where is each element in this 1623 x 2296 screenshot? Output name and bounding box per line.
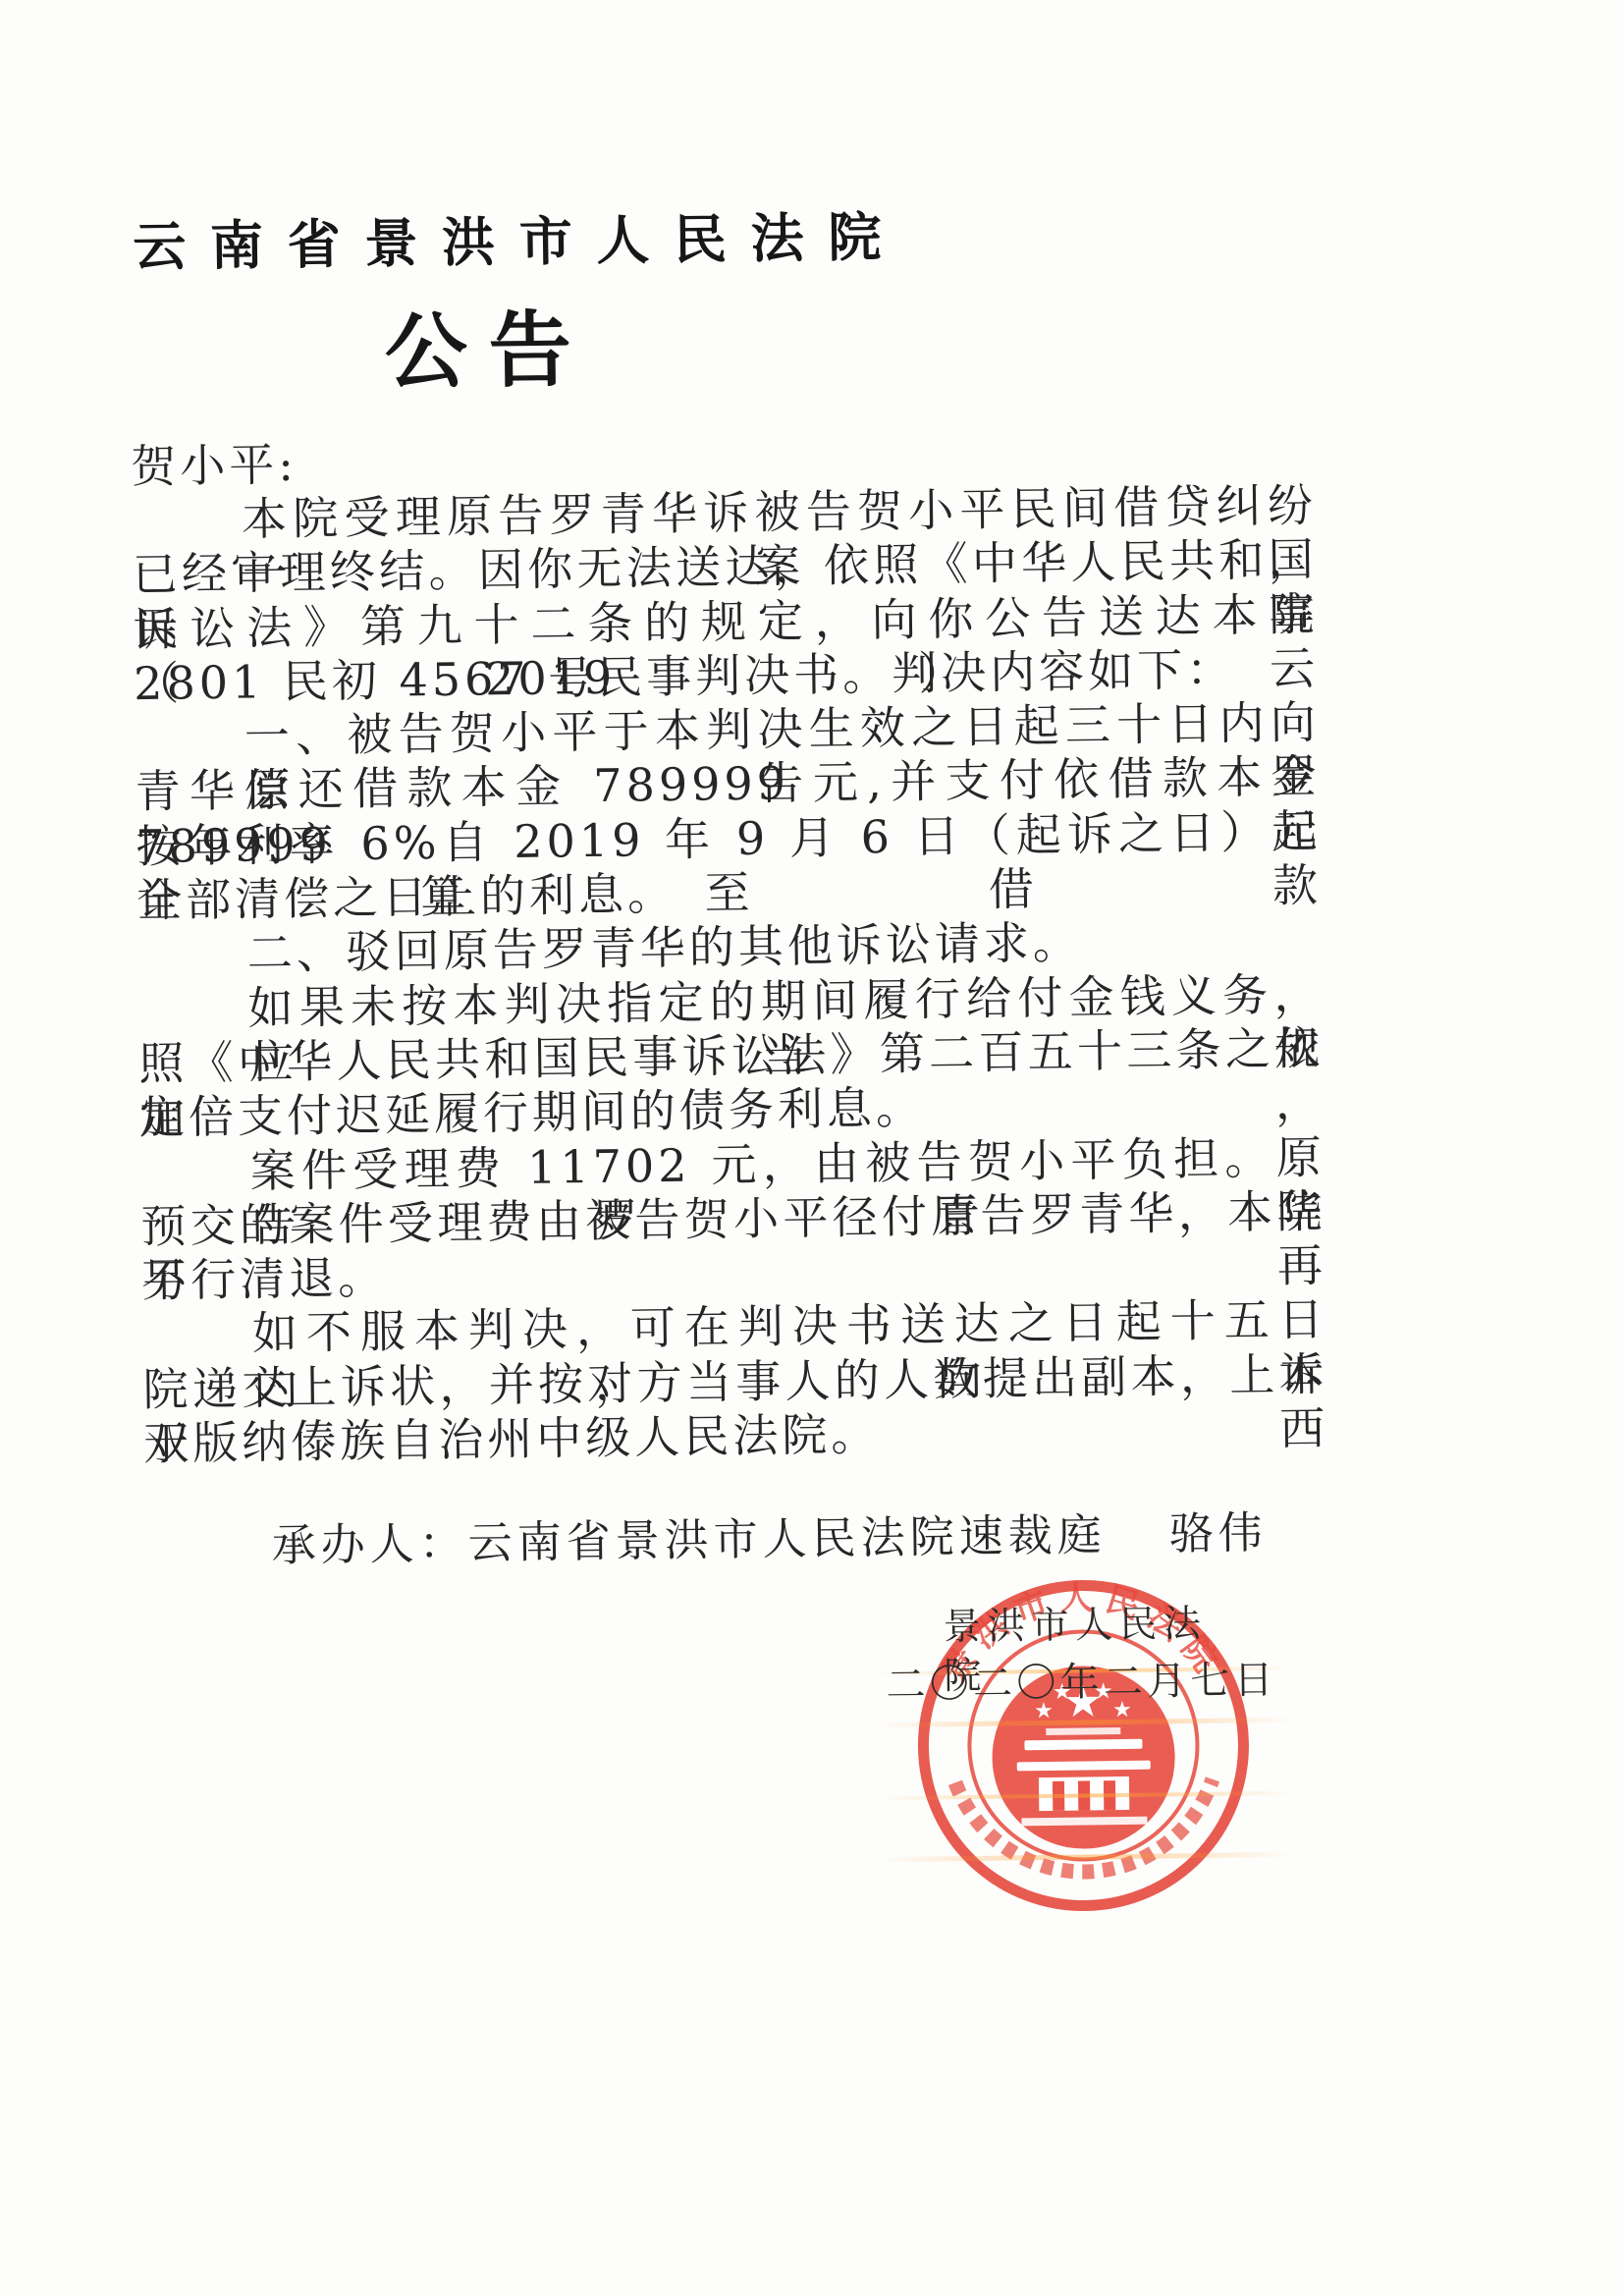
handler-gap: [1107, 1549, 1169, 1550]
scan-tilt-wrapper: 云南省景洪市人民法院 公告 贺小平: 本院受理原告罗青华诉被告贺小平民间借贷纠纷…: [0, 0, 1623, 2296]
emblem-gate-base: [1021, 1817, 1147, 1827]
handler-name: 骆伟: [1168, 1506, 1268, 1559]
document-title: 公告: [384, 301, 571, 401]
emblem-gate-band: [1017, 1761, 1151, 1772]
emblem-gate-door: [1053, 1781, 1064, 1811]
court-name-header: 云南省景洪市人民法院: [133, 198, 882, 287]
emblem-gate-band: [1024, 1739, 1142, 1751]
handler-office-label: 承办人：云南省景洪市人民法院速裁庭: [271, 1508, 1107, 1571]
emblem-gate-door: [1078, 1780, 1090, 1810]
recipient-salutation: 贺小平:: [131, 438, 298, 494]
signature-date: 二〇二〇年二月七日: [886, 1655, 1273, 1711]
emblem-gate-door: [1104, 1780, 1115, 1810]
emblem-gate-roof: [1046, 1727, 1120, 1735]
scanned-court-notice-page: 云南省景洪市人民法院 公告 贺小平: 本院受理原告罗青华诉被告贺小平民间借贷纠纷…: [0, 0, 1623, 2296]
notice-body: 本院受理原告罗青华诉被告贺小平民间借贷纠纷一案， 已经审理终结。因你无法送达，依…: [132, 478, 1329, 1471]
case-handler-line: 承办人：云南省景洪市人民法院速裁庭骆伟: [271, 1505, 1268, 1573]
